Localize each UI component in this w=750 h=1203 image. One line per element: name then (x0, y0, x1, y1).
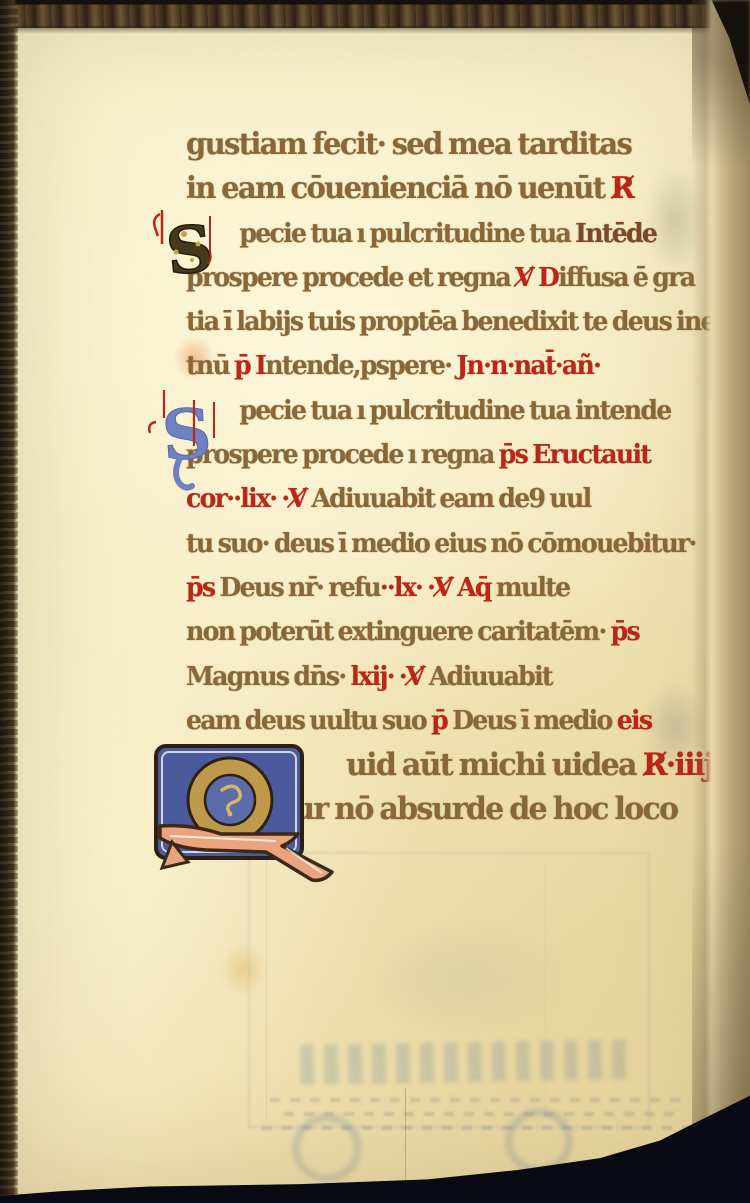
text-line: eam deus uultu suo p̄ Deus ī medio eis (186, 700, 698, 744)
text-line: in eam cōuenienciā nō uenūt R̸ (186, 168, 698, 212)
penwork-flourish (154, 214, 160, 236)
text-line: gustiam fecit· sed mea tarditas (186, 124, 698, 168)
text-segment: ntende,pspere· (265, 351, 456, 381)
text-segment: uid aūt michi uidea (346, 747, 643, 783)
gold-fleck (196, 242, 201, 247)
penwork-flourish (149, 422, 156, 433)
book-top-edge (0, 0, 750, 28)
text-segment: p̄s Eructauit (499, 440, 650, 470)
text-line: tia ī labijs tuis proptēa benedixit te d… (186, 301, 698, 345)
text-segment: Deus ī medio (452, 706, 617, 736)
text-line: Magnus dn̄s· lxij· ·V̸ Adiuuabit (186, 656, 698, 700)
page-right-fold-shading (692, 0, 750, 1203)
text-segment: p̄s (611, 617, 639, 647)
gold-fleck (181, 231, 187, 237)
text-segment: non poterūt extinguere caritatēm· (186, 617, 611, 647)
text-segment: Intēde (575, 219, 656, 249)
text-line: non poterūt extinguere caritatēm· p̄s (186, 611, 698, 655)
text-line: tu suo· deus ī medio eius nō cōmouebitur… (186, 523, 698, 567)
text-segment: tu suo· deus ī medio eius nō cōmouebitur… (186, 529, 696, 559)
manuscript-photo: gustiam fecit· sed mea tarditasin eam cō… (0, 0, 750, 1203)
text-line: prospere procede et regna V̸ Diffusa ē g… (186, 257, 698, 301)
text-segment: multe (496, 573, 570, 603)
text-block: gustiam fecit· sed mea tarditasin eam cō… (186, 124, 714, 833)
text-line: pecie tua ı pulcritudine tua Intēde (186, 213, 698, 257)
book-top-edge-shadow (0, 26, 750, 34)
text-segment: p̄ (431, 706, 452, 736)
text-segment: p̄ I (234, 351, 265, 381)
text-segment: iffusa ē gra (558, 263, 694, 293)
text-segment: lxij· ·V̸ (350, 662, 428, 692)
initial-counter (205, 775, 255, 825)
text-segment: Adiuuabit (429, 662, 552, 692)
text-line: prospere procede ı regna p̄s Eructauit (186, 434, 698, 478)
text-segment: Jn·n·nat̄·añ· (456, 351, 600, 381)
gold-fleck (174, 250, 179, 255)
text-segment: R̸ (611, 171, 633, 206)
text-segment: D (538, 263, 558, 293)
text-segment: pecie tua ı pulcritudine tua intende (239, 396, 670, 426)
text-line: cor··lix· ·V̸ Adiuuabit eam de9 uul (186, 478, 698, 522)
text-line: pecie tua ı pulcritudine tua intende (186, 390, 698, 434)
major-initial (146, 740, 346, 888)
text-segment: in eam cōuenienciā nō uenūt (186, 171, 611, 206)
gold-fleck (190, 258, 194, 262)
text-segment: eis (617, 706, 652, 736)
text-segment: Adiuuabit eam de9 uul (311, 484, 590, 514)
text-segment: ··lx· ·V̸ Aq̄ (380, 573, 496, 603)
minor-initial-2-letter: S (159, 394, 214, 477)
minor-initial-2: S (144, 382, 236, 492)
text-line: tnū p̄ Intende,pspere· Jn·n·nat̄·añ· (186, 345, 698, 389)
text-segment: gustiam fecit· sed mea tarditas (186, 127, 631, 162)
book-left-edge (0, 0, 18, 1203)
text-segment: Deus nr̄· refu (219, 573, 379, 603)
text-segment: p̄s (186, 573, 219, 603)
text-segment: pecie tua ı pulcritudine tua (239, 219, 575, 249)
text-segment: V̸ (515, 263, 538, 293)
initial-gold-dot (228, 812, 233, 817)
text-segment: tnū (186, 351, 234, 381)
minor-initial-1-letter: S (163, 211, 217, 290)
text-line: p̄s Deus nr̄· refu··lx· ·V̸ Aq̄ multe (186, 567, 698, 611)
text-segment: eam deus uultu suo (186, 706, 431, 736)
text-segment: Magnus dn̄s· (186, 662, 350, 692)
text-segment: tia ī labijs tuis proptēa benedixit te d… (186, 307, 715, 337)
minor-initial-1: S (146, 200, 236, 300)
